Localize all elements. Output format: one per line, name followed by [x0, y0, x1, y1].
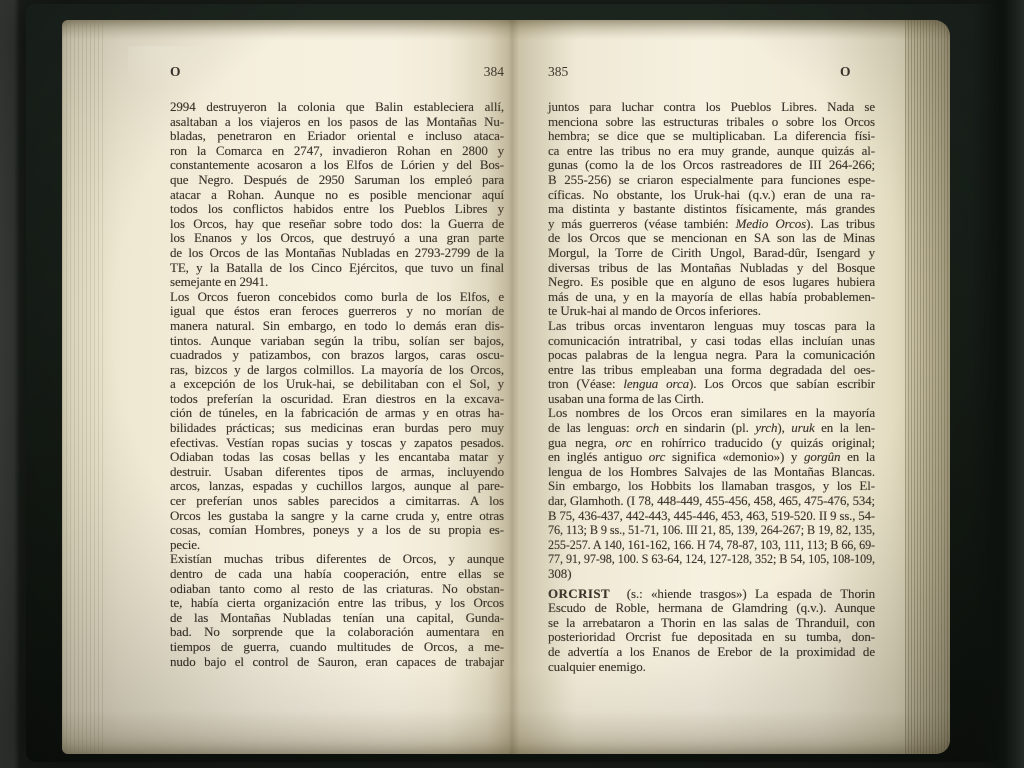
text-run: a excepción de los Uruk-hai, se debilita… — [170, 376, 504, 391]
text-run: efectivas. Vestían ropas sucias y toscas… — [170, 435, 504, 450]
text-run: comunicación intratribal, y casi todas e… — [548, 333, 875, 348]
text-line: que Negro. Después de 2950 Saruman los e… — [170, 173, 504, 188]
text-run: los Enanos y los Orcos, que destruyó a u… — [170, 230, 504, 245]
text-run: ), — [777, 420, 791, 435]
text-run: ma distinta y bastante distintos físicam… — [548, 201, 875, 216]
text-run: 308) — [548, 566, 571, 581]
text-line: de advertía a los Enanos de Erebor de la… — [548, 645, 875, 660]
text-line: B 255-256) se criaron especialmente para… — [548, 173, 875, 188]
text-line: todos los conflictos habidos entre los P… — [170, 202, 504, 217]
text-line: 77, 91, 97-98, 100. S 63-64, 124, 127-12… — [548, 552, 875, 567]
text-run: todos los conflictos habidos entre los P… — [170, 201, 504, 216]
text-run: Odiaban todas las cosas bellas y les enc… — [170, 449, 504, 464]
text-run: cuadrados y patizambos, con brazos largo… — [170, 347, 504, 362]
text-run: tron (Véase: — [548, 376, 623, 391]
text-run: atacar a Rohan. Aunque no es posible men… — [170, 187, 504, 202]
text-run: bad. No sorprende que la colaboración au… — [170, 624, 504, 639]
text-run: asaltaban a los viajeros en los pasos de… — [170, 114, 504, 129]
text-run: orc — [615, 435, 632, 450]
text-run: en la len- — [815, 420, 875, 435]
text-line: se la arrebataron a Thorin en las salas … — [548, 616, 875, 631]
text-line: pecie. — [170, 538, 504, 553]
text-line: odiaban tanto como al resto de las criat… — [170, 582, 504, 597]
text-line: semejante en 2941. — [170, 275, 504, 290]
right-page-header: 385 O — [548, 64, 875, 80]
text-line: bad. No sorprende que la colaboración au… — [170, 625, 504, 640]
text-line: más de una, y en la mayoría de ellas hab… — [548, 290, 875, 305]
text-run: Morgul, la Torre de Cirith Ungol, Barad-… — [548, 245, 875, 260]
text-line: dar, Glamhoth. (I 78, 448-449, 455-456, … — [548, 494, 875, 509]
text-line: cíficas. No obstante, los Uruk-hai (q.v.… — [548, 188, 875, 203]
text-run: hembra; se dice que se multiplicaban. La… — [548, 128, 875, 143]
text-line: efectivas. Vestían ropas sucias y toscas… — [170, 436, 504, 451]
text-line: pocas palabras de la lengua negra. Para … — [548, 348, 875, 363]
text-line: los Enanos y los Orcos, que destruyó a u… — [170, 231, 504, 246]
text-line: igual que éstos eran feroces guerreros y… — [170, 304, 504, 319]
photo-backdrop: O 384 2994 destruyeron la colonia que Ba… — [0, 0, 1024, 768]
text-run: pecie. — [170, 537, 200, 552]
text-run: gua negra, — [548, 435, 615, 450]
text-run: de los Orcos que se mencionan en SA son … — [548, 230, 875, 245]
left-page-header: O 384 — [170, 64, 504, 80]
text-line: lengua de los Hombres Salvajes de las Mo… — [548, 465, 875, 480]
text-run: en la — [840, 449, 875, 464]
text-run: Orcos les gustaba la sangre y la carne c… — [170, 508, 504, 523]
text-run: semejante en 2941. — [170, 274, 268, 289]
text-run: posterioridad Orcrist fue depositada en … — [548, 629, 875, 644]
page-number-left: 384 — [484, 64, 504, 80]
text-run: te Uruk-hai al mando de Orcos inferiores… — [548, 303, 761, 318]
text-line: gua negra, orc en rohírrico traducido (y… — [548, 436, 875, 451]
text-run: diversas tribus de las Montañas Nubladas… — [548, 260, 875, 275]
text-run: cosas, comían Hombres, poneys y a los de… — [170, 522, 504, 537]
text-line: cuadrados y patizambos, con brazos largo… — [170, 348, 504, 363]
text-line: 308) — [548, 567, 875, 582]
text-run: nudo bajo el control de Sauron, eran cap… — [170, 654, 504, 669]
text-run: de advertía a los Enanos de Erebor de la… — [548, 644, 875, 659]
text-run: te, había cierta organización entre las … — [170, 595, 504, 610]
text-run: arcos, lanzas, espadas y cuchillos largo… — [170, 478, 504, 493]
fore-edge-stack — [905, 20, 950, 754]
text-line: asaltaban a los viajeros en los pasos de… — [170, 115, 504, 130]
text-line: Morgul, la Torre de Cirith Ungol, Barad-… — [548, 246, 875, 261]
text-run: tintos. Aunque variaban según la tribu, … — [170, 333, 504, 348]
text-line: ción de túneles, en la fabricación de ar… — [170, 406, 504, 421]
text-run: gorgûn — [804, 449, 840, 464]
text-line: Escudo de Roble, hermana de Glamdring (q… — [548, 601, 875, 616]
text-line: en inglés antiguo orc significa «demonio… — [548, 450, 875, 465]
text-run: Las tribus orcas inventaron lenguas muy … — [548, 318, 875, 333]
section-letter-left: O — [170, 64, 181, 80]
text-line: hembra; se dice que se multiplicaban. La… — [548, 129, 875, 144]
text-run: yrch — [755, 420, 777, 435]
text-line: ron la Comarca en 2747, invadieron Rohan… — [170, 144, 504, 159]
text-line: Existían muchas tribus diferentes de Orc… — [170, 552, 504, 567]
text-run: Sin embargo, los Hobbits los llamaban tr… — [548, 478, 875, 493]
text-line: 255-257. A 140, 161-162, 166. H 74, 78-8… — [548, 538, 875, 553]
text-line: B 75, 436-437, 442-443, 445-446, 453, 46… — [548, 509, 875, 524]
text-run: uruk — [791, 420, 814, 435]
text-line: de las Montañas Nubladas tenían una capi… — [170, 611, 504, 626]
text-run: B 75, 436-437, 442-443, 445-446, 453, 46… — [548, 509, 875, 523]
text-line: juntos para luchar contra los Pueblos Li… — [548, 100, 875, 115]
text-line: diversas tribus de las Montañas Nubladas… — [548, 261, 875, 276]
text-run: ca entre las tribus no era muy grande, a… — [548, 143, 875, 158]
text-run: ras, bizcos y de largos colmillos. La ma… — [170, 362, 504, 377]
text-run: B 255-256) se criaron especialmente para… — [548, 172, 875, 187]
text-line: ORCRIST (s.: «hiende trasgos») La espada… — [548, 587, 875, 602]
text-run: ). Los Orcos que sabían escribir — [689, 376, 875, 391]
text-line: de los Orcos de las Montañas Nubladas en… — [170, 246, 504, 261]
text-line: tiempos de guerra, cuando multitudes de … — [170, 640, 504, 655]
text-line: te, había cierta organización entre las … — [170, 596, 504, 611]
text-run: ción de túneles, en la fabricación de ar… — [170, 405, 504, 420]
text-line: nudo bajo el control de Sauron, eran cap… — [170, 655, 504, 670]
page-number-right: 385 — [548, 64, 568, 80]
text-run: juntos para luchar contra los Pueblos Li… — [548, 99, 875, 114]
text-line: Odiaban todas las cosas bellas y les enc… — [170, 450, 504, 465]
text-line: gunas (como la de los Orcos rastreadores… — [548, 158, 875, 173]
text-line: todos preferían la oscuridad. Eran diest… — [170, 392, 504, 407]
text-run: Existían muchas tribus diferentes de Orc… — [170, 551, 504, 566]
text-line: comunicación intratribal, y casi todas e… — [548, 334, 875, 349]
text-line: cualquier enemigo. — [548, 660, 875, 675]
text-line: bilidades prácticas; sus medicinas eran … — [170, 421, 504, 436]
text-run: gunas (como la de los Orcos rastreadores… — [548, 157, 875, 172]
text-run: lengua de los Hombres Salvajes de las Mo… — [548, 464, 875, 479]
text-line: Los Orcos fueron concebidos como burla d… — [170, 290, 504, 305]
text-run: usaban una forma de las Cirth. — [548, 391, 704, 406]
text-line: Orcos les gustaba la sangre y la carne c… — [170, 509, 504, 524]
text-run: odiaban tanto como al resto de las criat… — [170, 581, 504, 596]
text-run: los Orcos, hay que reseñar sobre todo do… — [170, 216, 504, 231]
text-line: constantemente acosaron a los Elfos de L… — [170, 158, 504, 173]
text-run: y más guerreros (véase también: — [548, 216, 736, 231]
text-run: más de una, y en la mayoría de ellas hab… — [548, 289, 875, 304]
text-line: de los Orcos que se mencionan en SA son … — [548, 231, 875, 246]
text-run: destruir. Usaban diferentes tipos de arm… — [170, 464, 504, 479]
text-run: 255-257. A 140, 161-162, 166. H 74, 78-8… — [548, 538, 875, 552]
text-run: 76, 113; B 9 ss., 51-71, 106. III 21, 85… — [548, 523, 875, 537]
text-run: Medio Orcos — [736, 216, 807, 231]
text-run: bladas, penetraron en Eriador oriental e… — [170, 128, 504, 143]
text-line: Sin embargo, los Hobbits los llamaban tr… — [548, 479, 875, 494]
text-line: y más guerreros (véase también: Medio Or… — [548, 217, 875, 232]
text-run: 77, 91, 97-98, 100. S 63-64, 124, 127-12… — [548, 552, 875, 566]
right-page-text: juntos para luchar contra los Pueblos Li… — [548, 100, 875, 674]
text-run: de los Orcos de las Montañas Nubladas en… — [170, 245, 504, 260]
text-run: en sindarin (pl. — [659, 420, 755, 435]
text-line: dentro de cada una había cooperación, en… — [170, 567, 504, 582]
page-spread: O 384 2994 destruyeron la colonia que Ba… — [62, 20, 950, 754]
text-run: Los Orcos fueron concebidos como burla d… — [170, 289, 504, 304]
text-run: menciona sobre las estructuras tribales … — [548, 114, 875, 129]
text-line: cosas, comían Hombres, poneys y a los de… — [170, 523, 504, 538]
text-line: entre las tribus empleaban una forma deg… — [548, 363, 875, 378]
text-run: de las Montañas Nubladas tenían una capi… — [170, 610, 504, 625]
text-run: tiempos de guerra, cuando multitudes de … — [170, 639, 504, 654]
text-run: en inglés antiguo — [548, 449, 649, 464]
text-line: usaban una forma de las Cirth. — [548, 392, 875, 407]
text-line: TE, y la Batalla de los Cinco Ejércitos,… — [170, 261, 504, 276]
text-run: todos preferían la oscuridad. Eran diest… — [170, 391, 504, 406]
text-line: los Orcos, hay que reseñar sobre todo do… — [170, 217, 504, 232]
text-line: bladas, penetraron en Eriador oriental e… — [170, 129, 504, 144]
text-line: posterioridad Orcrist fue depositada en … — [548, 630, 875, 645]
text-run: cualquier enemigo. — [548, 659, 646, 674]
text-line: Negro. Es posible que en alguno de esos … — [548, 275, 875, 290]
text-line: de las lenguas: orch en sindarin (pl. yr… — [548, 421, 875, 436]
text-run: ron la Comarca en 2747, invadieron Rohan… — [170, 143, 504, 158]
text-run: ). Las tribus — [806, 216, 875, 231]
text-run: entre las tribus empleaban una forma deg… — [548, 362, 875, 377]
text-run: en rohírrico traducido (y quizás origina… — [632, 435, 875, 450]
text-run: de las lenguas: — [548, 420, 636, 435]
left-page-text: 2994 destruyeron la colonia que Balin es… — [170, 100, 504, 669]
text-run: dentro de cada una había cooperación, en… — [170, 566, 504, 581]
text-line: ma distinta y bastante distintos físicam… — [548, 202, 875, 217]
text-run: constantemente acosaron a los Elfos de L… — [170, 157, 504, 172]
text-run: orch — [636, 420, 659, 435]
text-line: ras, bizcos y de largos colmillos. La ma… — [170, 363, 504, 378]
text-run: igual que éstos eran feroces guerreros y… — [170, 303, 504, 318]
text-run: TE, y la Batalla de los Cinco Ejércitos,… — [170, 260, 504, 275]
text-run: que Negro. Después de 2950 Saruman los e… — [170, 172, 504, 187]
text-line: te Uruk-hai al mando de Orcos inferiores… — [548, 304, 875, 319]
text-run: bilidades prácticas; sus medicinas eran … — [170, 420, 504, 435]
text-run: pocas palabras de la lengua negra. Para … — [548, 347, 875, 362]
text-run: cíficas. No obstante, los Uruk-hai (q.v.… — [548, 187, 875, 202]
text-line: 2994 destruyeron la colonia que Balin es… — [170, 100, 504, 115]
text-run: lengua orca — [623, 376, 689, 391]
text-run: Negro. Es posible que en alguno de esos … — [548, 274, 875, 289]
text-line: menciona sobre las estructuras tribales … — [548, 115, 875, 130]
text-run: Escudo de Roble, hermana de Glamdring (q… — [548, 600, 875, 615]
text-line: cer preferían unos sables parecidos a ci… — [170, 494, 504, 509]
text-line: Los nombres de los Orcos eran similares … — [548, 406, 875, 421]
text-run: (s.: «hiende trasgos») La espada de Thor… — [610, 586, 875, 601]
text-line: tron (Véase: lengua orca). Los Orcos que… — [548, 377, 875, 392]
text-run: Los nombres de los Orcos eran similares … — [548, 405, 875, 420]
text-run: se la arrebataron a Thorin en las salas … — [548, 615, 875, 630]
text-line: ca entre las tribus no era muy grande, a… — [548, 144, 875, 159]
text-line: a excepción de los Uruk-hai, se debilita… — [170, 377, 504, 392]
text-line: tintos. Aunque variaban según la tribu, … — [170, 334, 504, 349]
text-line: manera natural. Sin embargo, en todo lo … — [170, 319, 504, 334]
text-run: manera natural. Sin embargo, en todo lo … — [170, 318, 504, 333]
section-letter-right: O — [840, 64, 851, 80]
text-run: dar, Glamhoth. (I 78, 448-449, 455-456, … — [548, 494, 875, 508]
text-line: atacar a Rohan. Aunque no es posible men… — [170, 188, 504, 203]
text-run: significa «demonio») y — [665, 449, 804, 464]
text-line: arcos, lanzas, espadas y cuchillos largo… — [170, 479, 504, 494]
page-edge-stack-left — [62, 20, 104, 754]
text-run: orc — [649, 449, 666, 464]
text-run: ORCRIST — [548, 586, 610, 601]
text-line: destruir. Usaban diferentes tipos de arm… — [170, 465, 504, 480]
text-run: cer preferían unos sables parecidos a ci… — [170, 493, 504, 508]
text-line: 76, 113; B 9 ss., 51-71, 106. III 21, 85… — [548, 523, 875, 538]
text-line: Las tribus orcas inventaron lenguas muy … — [548, 319, 875, 334]
text-run: 2994 destruyeron la colonia que Balin es… — [170, 99, 504, 114]
